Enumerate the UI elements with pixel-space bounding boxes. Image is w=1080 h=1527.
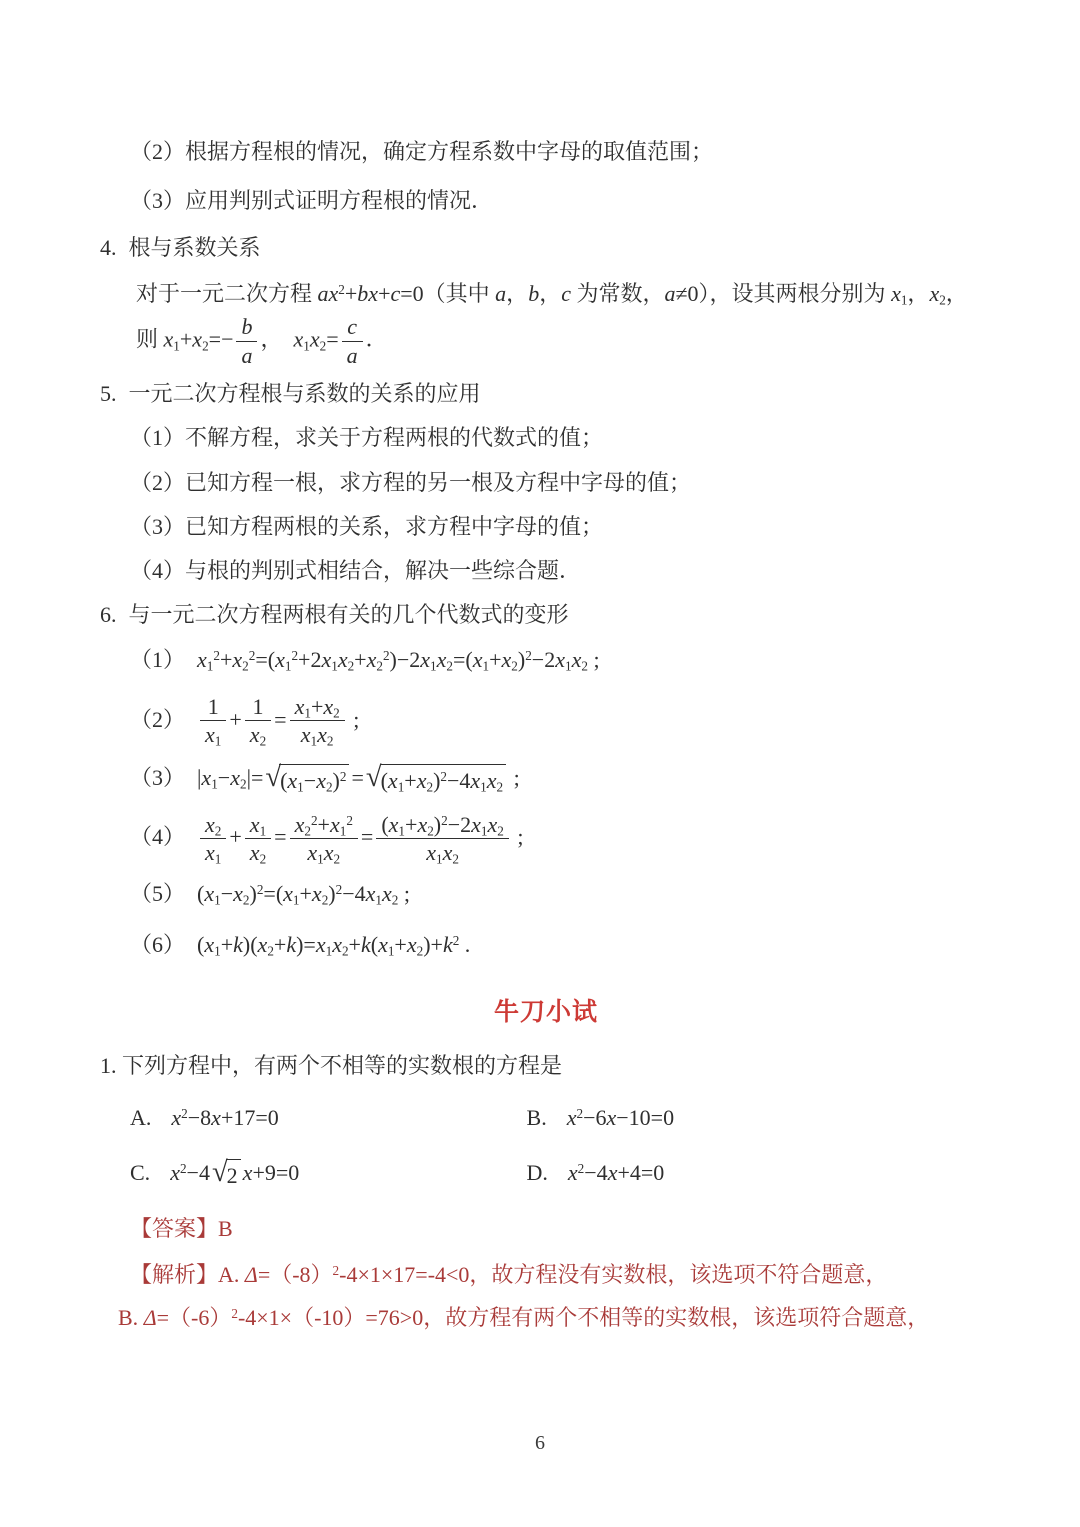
formula-2-math: 1x1+1x2=x1+x2x1x2 ; — [197, 707, 359, 732]
option-a-label: A. — [130, 1105, 151, 1130]
option-c: C.x2−4√2x+9=0 — [130, 1157, 527, 1192]
option-c-math: x2−4√2x+9=0 — [170, 1160, 299, 1185]
option-d-math: x2−4x+4=0 — [568, 1160, 664, 1185]
section-6-formula-6: （6）(x1+k)(x2+k)=x1x2+k(x1+x2)+k2 . — [100, 929, 992, 960]
options-row-2: C.x2−4√2x+9=0 D.x2−4x+4=0 — [100, 1157, 992, 1192]
formula-5-label: （5） — [130, 881, 185, 906]
option-b-math: x2−6x−10=0 — [567, 1105, 674, 1130]
section-6-formula-2: （2）1x1+1x2=x1+x2x1x2 ; — [100, 695, 992, 748]
section-4-paragraph: 对于一元二次方程 ax2+bx+c=0（其中 a，b，c 为常数，a≠0），设其… — [100, 278, 992, 309]
section-4-heading: 4.根与系数关系 — [100, 232, 992, 263]
section-5-title: 一元二次方程根与系数的关系的应用 — [129, 381, 481, 406]
option-a-math: x2−8x+17=0 — [171, 1105, 278, 1130]
analysis-line-2: B. Δ=（-6）2-4×1×（-10）=76>0，故方程有两个不相等的实数根，… — [100, 1302, 992, 1333]
section-6-formula-3: （3）|x1−x2|=√(x1−x2)2=√(x1+x2)2−4x1x2 ; — [100, 762, 992, 797]
section-5-item-1: （1）不解方程，求关于方程两根的代数式的值； — [100, 422, 992, 453]
formula-3-math: |x1−x2|=√(x1−x2)2=√(x1+x2)2−4x1x2 ; — [197, 765, 520, 790]
note-item-3: （3）应用判别式证明方程根的情况． — [100, 185, 992, 216]
formula-1-label: （1） — [130, 647, 185, 672]
formula-6-label: （6） — [130, 932, 185, 957]
section-6-formula-4: （4）x2x1+x1x2=x22+x12x1x2=(x1+x2)2−2x1x2x… — [100, 813, 992, 866]
page-content: （2）根据方程根的情况，确定方程系数中字母的取值范围； （3）应用判别式证明方程… — [100, 136, 992, 1333]
formula-2-label: （2） — [130, 707, 185, 732]
section-5-item-2: （2）已知方程一根，求方程的另一根及方程中字母的值； — [100, 467, 992, 498]
section-6-number: 6. — [100, 602, 117, 627]
option-d: D.x2−4x+4=0 — [527, 1157, 992, 1192]
options-row-1: A.x2−8x+17=0 B.x2−6x−10=0 — [100, 1102, 992, 1133]
section-4-number: 4. — [100, 235, 117, 260]
formula-3-label: （3） — [130, 765, 185, 790]
document-page: （2）根据方程根的情况，确定方程系数中字母的取值范围； （3）应用判别式证明方程… — [0, 0, 1080, 1527]
question-1-stem: 1. 下列方程中，有两个不相等的实数根的方程是 — [100, 1050, 992, 1081]
formula-6-math: (x1+k)(x2+k)=x1x2+k(x1+x2)+k2 . — [197, 932, 470, 957]
formula-5-math: (x1−x2)2=(x1+x2)2−4x1x2 ; — [197, 881, 410, 906]
note-item-2: （2）根据方程根的情况，确定方程系数中字母的取值范围； — [100, 136, 992, 167]
section-6-formula-5: （5）(x1−x2)2=(x1+x2)2−4x1x2 ; — [100, 878, 992, 909]
formula-4-label: （4） — [130, 824, 185, 849]
formula-4-math: x2x1+x1x2=x22+x12x1x2=(x1+x2)2−2x1x2x1x2… — [197, 824, 523, 849]
option-b: B.x2−6x−10=0 — [527, 1102, 992, 1133]
analysis-line-1: 【解析】A. Δ=（-8）2-4×1×17=-4<0，故方程没有实数根，该选项不… — [100, 1259, 992, 1290]
section-4-root-formula: 则 x1+x2=−ba， x1x2=ca． — [100, 315, 992, 368]
section-5-item-4: （4）与根的判别式相结合，解决一些综合题． — [100, 555, 992, 586]
answer-line: 【答案】B — [100, 1213, 992, 1244]
section-6-heading: 6.与一元二次方程两根有关的几个代数式的变形 — [100, 599, 992, 630]
section-4-title: 根与系数关系 — [129, 235, 261, 260]
option-c-label: C. — [130, 1160, 150, 1185]
section-5-number: 5. — [100, 381, 117, 406]
page-number: 6 — [0, 1432, 1080, 1455]
option-d-label: D. — [527, 1160, 548, 1185]
section-5-heading: 5.一元二次方程根与系数的关系的应用 — [100, 378, 992, 409]
quiz-section-heading: 牛刀小试 — [100, 992, 992, 1028]
option-b-label: B. — [527, 1105, 547, 1130]
section-6-formula-1: （1）x12+x22=(x12+2x1x2+x22)−2x1x2=(x1+x2)… — [100, 644, 992, 675]
formula-1-math: x12+x22=(x12+2x1x2+x22)−2x1x2=(x1+x2)2−2… — [197, 647, 600, 672]
option-a: A.x2−8x+17=0 — [130, 1102, 527, 1133]
section-6-title: 与一元二次方程两根有关的几个代数式的变形 — [129, 602, 569, 627]
section-5-item-3: （3）已知方程两根的关系，求方程中字母的值； — [100, 511, 992, 542]
